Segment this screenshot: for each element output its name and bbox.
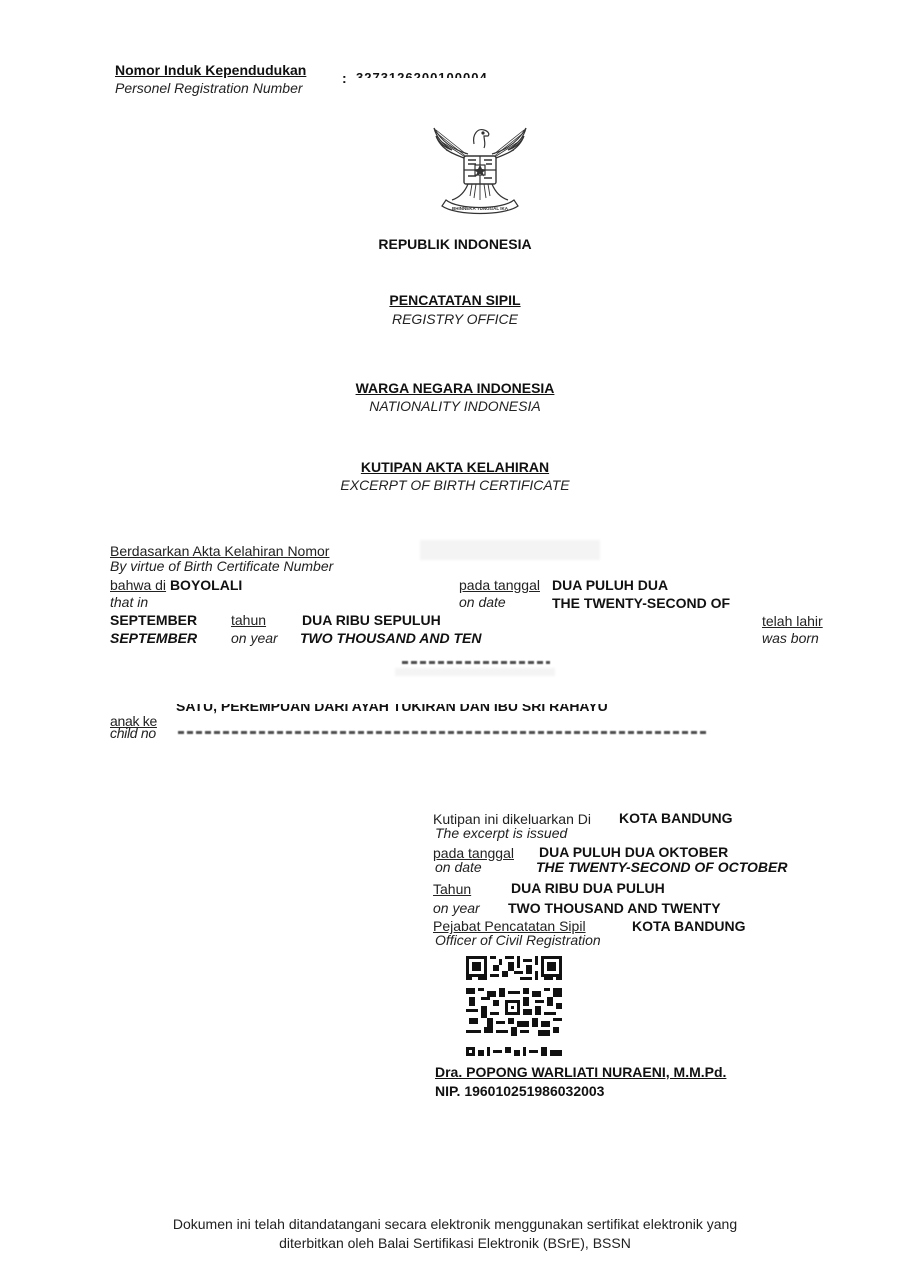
birth-date-label-en: on date — [459, 594, 506, 610]
svg-text:BHINNEKA TUNGGAL IKA: BHINNEKA TUNGGAL IKA — [452, 206, 509, 211]
place-label-en: that in — [110, 594, 148, 610]
birth-year-value-en: TWO THOUSAND AND TEN — [300, 630, 481, 646]
footer-line-2: diterbitkan oleh Balai Sertifikasi Elekt… — [0, 1235, 910, 1251]
birth-year-value: DUA RIBU SEPULUH — [302, 612, 441, 628]
qr-code-footer-strip-icon — [466, 1043, 562, 1061]
document-title-en: EXCERPT OF BIRTH CERTIFICATE — [0, 477, 910, 493]
redacted-child-detail-en — [178, 731, 708, 734]
document-title: KUTIPAN AKTA KELAHIRAN — [361, 459, 549, 475]
birth-year-label-en: on year — [231, 630, 278, 646]
birth-month-value-en: SEPTEMBER — [110, 630, 197, 646]
born-label-en: was born — [762, 630, 819, 646]
garuda-emblem-icon: BHINNEKA TUNGGAL IKA — [428, 122, 532, 222]
cert-number-label: Berdasarkan Akta Kelahiran Nomor — [110, 543, 329, 559]
issue-year-value: DUA RIBU DUA PULUH — [511, 880, 665, 896]
office-title: PENCATATAN SIPIL — [389, 292, 520, 308]
birth-date-value: DUA PULUH DUA — [552, 577, 668, 593]
nationality-title: WARGA NEGARA INDONESIA — [356, 380, 555, 396]
nik-separator: : — [342, 70, 347, 86]
officer-label-en: Officer of Civil Registration — [435, 932, 601, 948]
office-title-en: REGISTRY OFFICE — [0, 311, 910, 327]
birth-year-label: tahun — [231, 612, 266, 628]
place-label: bahwa di — [110, 577, 166, 593]
redacted-child-name-en — [395, 668, 555, 676]
nik-label: Nomor Induk Kependudukan — [115, 62, 306, 78]
issue-year-value-en: TWO THOUSAND AND TWENTY — [508, 900, 721, 916]
qr-code-small-icon — [466, 956, 562, 985]
cert-number-label-en: By virtue of Birth Certificate Number — [110, 558, 333, 574]
redacted-cert-number — [420, 540, 600, 560]
issue-date-label-en: on date — [435, 859, 482, 875]
nationality-title-en: NATIONALITY INDONESIA — [0, 398, 910, 414]
nik-label-en: Personel Registration Number — [115, 80, 303, 96]
place-value: BOYOLALI — [170, 577, 242, 593]
issue-year-label: Tahun — [433, 881, 471, 897]
issue-date-value-en: THE TWENTY-SECOND OF OCTOBER — [536, 859, 787, 875]
country-title: REPUBLIK INDONESIA — [0, 236, 910, 252]
born-label: telah lahir — [762, 613, 823, 629]
birth-date-value-en: THE TWENTY-SECOND OF — [552, 595, 730, 611]
child-number-label-en: child no — [110, 725, 156, 741]
child-number-value: SATU, PEREMPUAN DARI AYAH TUKIRAN DAN IB… — [176, 704, 608, 717]
issue-year-label-en: on year — [433, 900, 480, 916]
qr-code-large-icon — [466, 988, 562, 1041]
birth-month-value: SEPTEMBER — [110, 612, 197, 628]
officer-place: KOTA BANDUNG — [632, 918, 746, 934]
signatory-name: Dra. POPONG WARLIATI NURAENI, M.M.Pd. — [435, 1064, 726, 1080]
redacted-child-name — [402, 661, 550, 664]
issued-place: KOTA BANDUNG — [619, 810, 733, 826]
footer-line-1: Dokumen ini telah ditandatangani secara … — [0, 1216, 910, 1232]
issued-label-en: The excerpt is issued — [435, 825, 567, 841]
birth-date-label: pada tanggal — [459, 577, 540, 593]
signatory-nip: NIP. 196010251986032003 — [435, 1083, 604, 1099]
issue-date-value: DUA PULUH DUA OKTOBER — [539, 844, 728, 860]
nik-value: 3273126200100004 — [356, 70, 488, 78]
